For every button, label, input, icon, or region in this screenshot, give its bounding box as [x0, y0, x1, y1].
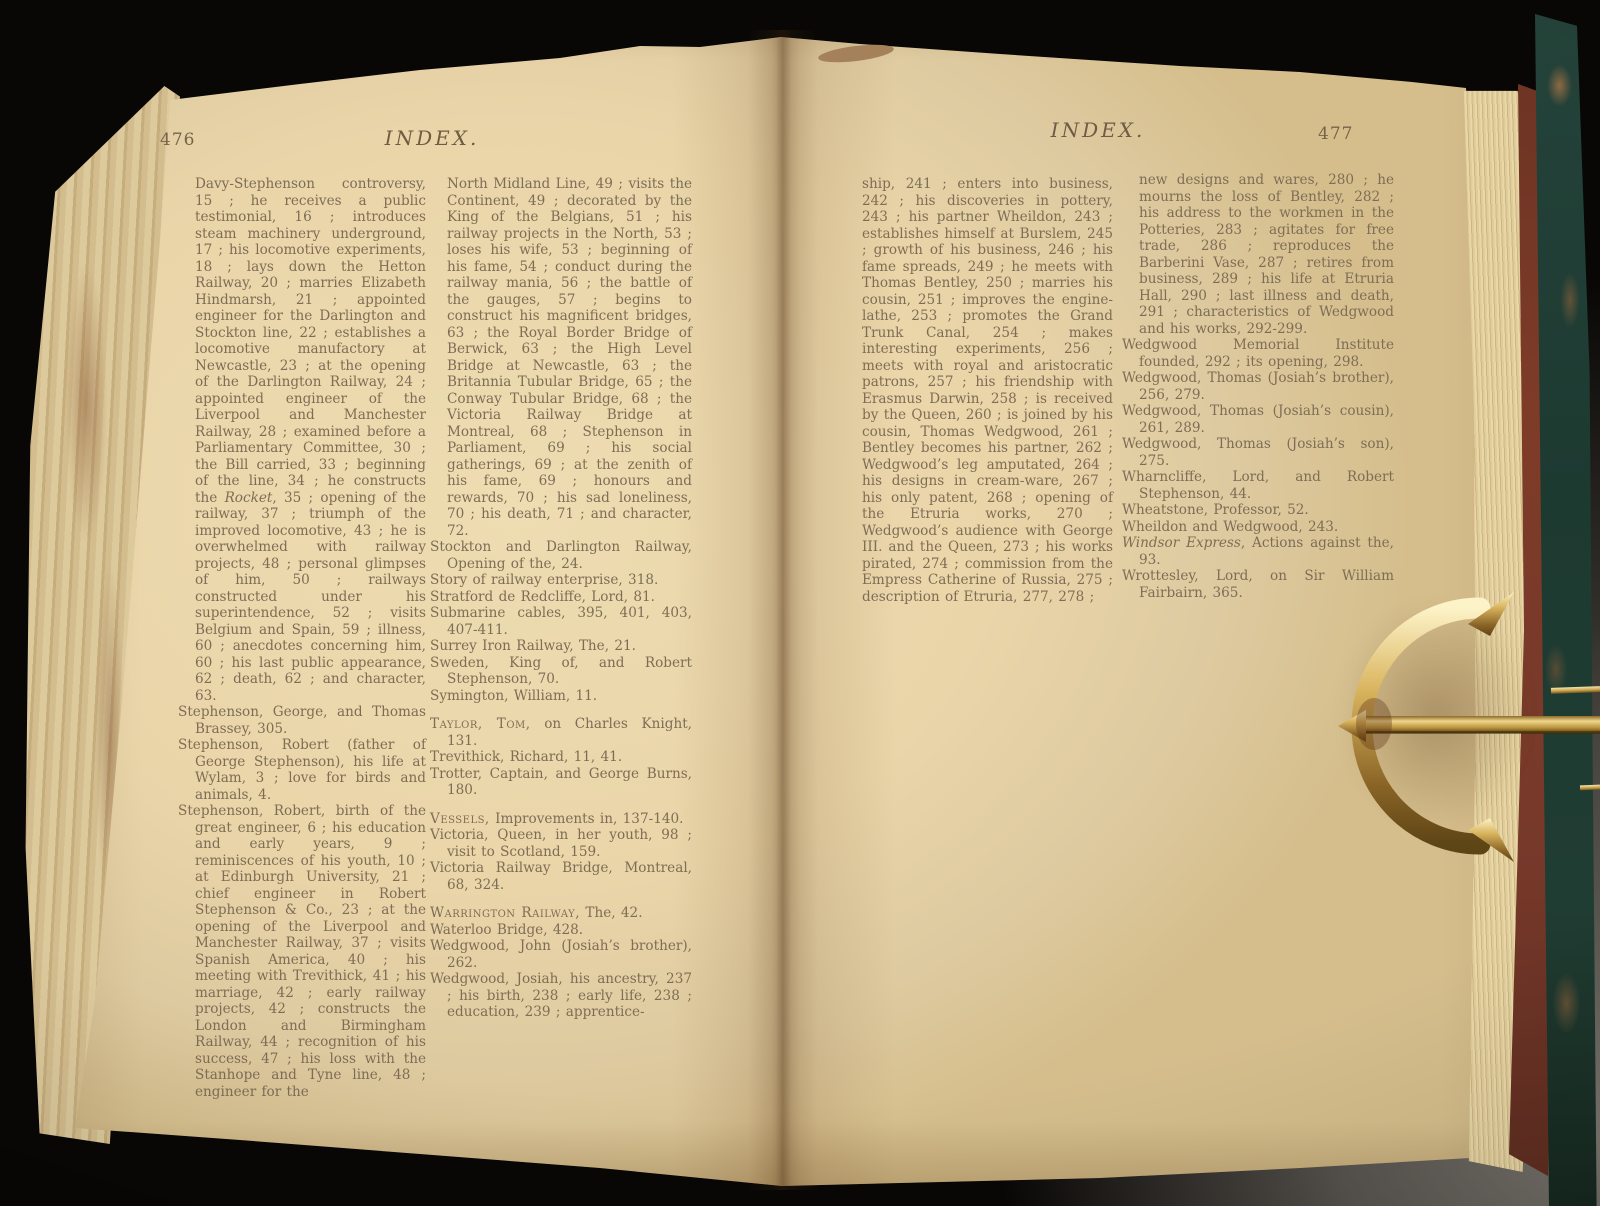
- index-entry: Victoria Railway Bridge, Montreal, 68, 3…: [430, 860, 692, 893]
- index-entry: Wedgwood, Thomas (Josiah’s cousin), 261,…: [1122, 403, 1394, 436]
- index-entry: Trevithick, Richard, 11, 41.: [430, 749, 692, 766]
- index-entry: Surrey Iron Railway, The, 21.: [430, 638, 692, 655]
- index-entry: Taylor, Tom, on Charles Knight, 131.: [430, 716, 692, 749]
- index-entry: Wedgwood, Thomas (Josiah’s son), 275.: [1122, 436, 1394, 469]
- book-gutter: [748, 30, 818, 1190]
- anchor-clasp-icon: [1322, 572, 1600, 882]
- index-entry: Davy-Stephenson controversy, 15 ; he rec…: [178, 176, 426, 704]
- index-entry: Symington, William, 11.: [430, 688, 692, 705]
- index-entry: Wedgwood, John (Josiah’s brother), 262.: [430, 938, 692, 971]
- page-number-left: 476: [160, 130, 195, 150]
- index-entry: Stratford de Redcliffe, Lord, 81.: [430, 589, 692, 606]
- index-entry: Wheildon and Wedgwood, 243.: [1122, 519, 1394, 536]
- left-page-column-1: Davy-Stephenson controversy, 15 ; he rec…: [178, 176, 426, 1100]
- right-page-column-1: ship, 241 ; enters into business, 242 ; …: [845, 176, 1113, 605]
- index-entry: Stephenson, Robert (father of George Ste…: [178, 737, 426, 803]
- index-entry: new designs and wares, 280 ; he mourns t…: [1122, 172, 1394, 337]
- index-entry: Wedgwood Memorial Institute founded, 292…: [1122, 337, 1394, 370]
- page-number-right: 477: [1318, 124, 1353, 144]
- book-photo: 476 INDEX. 477 INDEX. Davy-Stephenson co…: [0, 0, 1600, 1206]
- index-entry: Submarine cables, 395, 401, 403, 407-411…: [430, 605, 692, 638]
- left-page-column-2: North Midland Line, 49 ; visits the Cont…: [430, 176, 692, 1021]
- index-entry: Sweden, King of, and Robert Stephenson, …: [430, 655, 692, 688]
- right-page-column-2: new designs and wares, 280 ; he mourns t…: [1122, 172, 1394, 601]
- index-entry: Warrington Railway, The, 42.: [430, 905, 692, 922]
- index-entry: Wedgwood, Thomas (Josiah’s brother), 256…: [1122, 370, 1394, 403]
- index-entry: Wheatstone, Professor, 52.: [1122, 502, 1394, 519]
- index-entry: Trotter, Captain, and George Burns, 180.: [430, 766, 692, 799]
- index-entry: Stockton and Darlington Railway, Opening…: [430, 539, 692, 572]
- index-entry: Story of railway enterprise, 318.: [430, 572, 692, 589]
- index-entry: North Midland Line, 49 ; visits the Cont…: [430, 176, 692, 539]
- index-entry: Victoria, Queen, in her youth, 98 ; visi…: [430, 827, 692, 860]
- index-entry: Wedgwood, Josiah, his ancestry, 237 ; hi…: [430, 971, 692, 1021]
- index-entry: Waterloo Bridge, 428.: [430, 922, 692, 939]
- index-entry: Vessels, Improvements in, 137-140.: [430, 811, 692, 828]
- index-entry: Windsor Express, Actions against the, 93…: [1122, 535, 1394, 568]
- page-header-right: INDEX.: [988, 118, 1208, 142]
- index-entry: Stephenson, George, and Thomas Brassey, …: [178, 704, 426, 737]
- index-entry: Stephenson, Robert, birth of the great e…: [178, 803, 426, 1100]
- index-entry: Wharncliffe, Lord, and Robert Stephenson…: [1122, 469, 1394, 502]
- page-header-left: INDEX.: [322, 126, 542, 150]
- clasp-rod-lower: [1580, 785, 1600, 791]
- index-entry: ship, 241 ; enters into business, 242 ; …: [845, 176, 1113, 605]
